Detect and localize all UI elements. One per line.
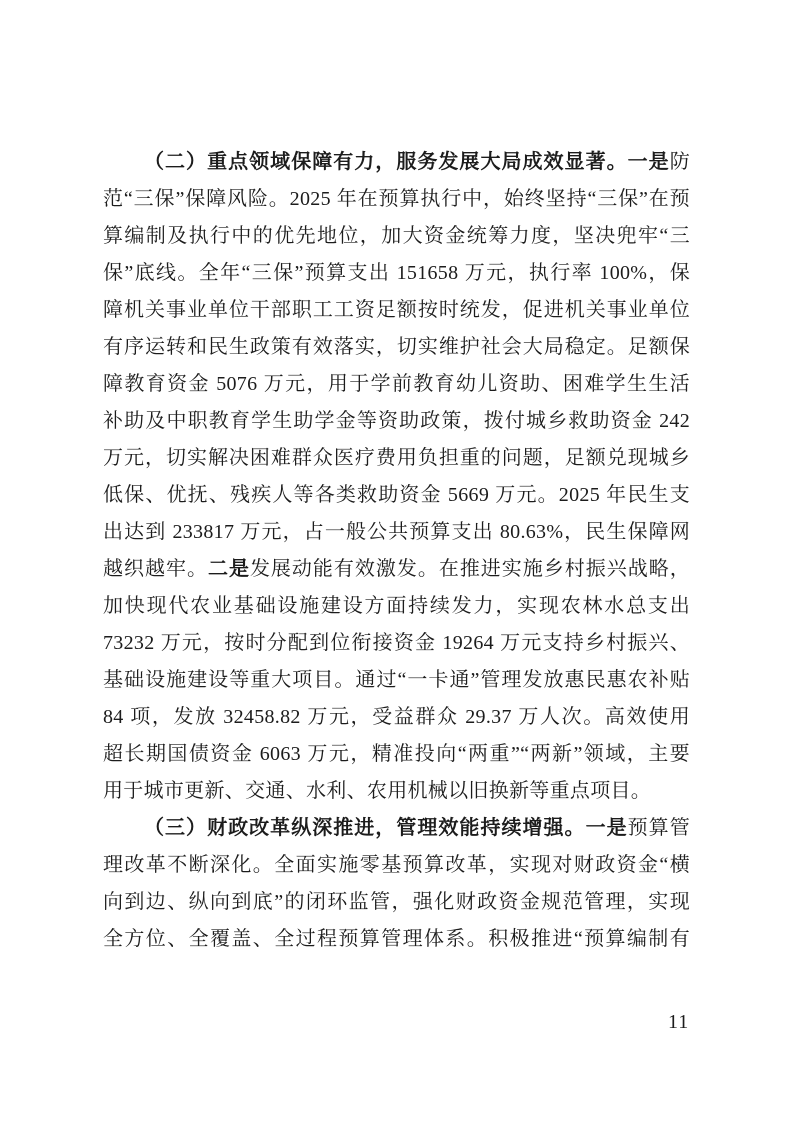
text-run: 基础设施建设等重大项目。通过“一卡通”管理发放惠民惠农补贴 [103,669,690,691]
bold-run: （三）财政改革纵深推进，管理效能持续增强。一是 [144,817,628,839]
text-run: 保”底线。全年“三保”预算支出 151658 万元，执行率 100%，保 [103,262,690,284]
text-line: 障教育资金 5076 万元，用于学前教育幼儿资助、困难学生生活 [103,366,690,403]
text-line: 向到边、纵向到底”的闭环监管，强化财政资金规范管理，实现 [103,884,690,921]
text-line: 加快现代农业基础设施建设方面持续发力，实现农林水总支出 [103,588,690,625]
text-run: 障机关事业单位干部职工工资足额按时统发，促进机关事业单位 [103,299,690,321]
text-line: （二）重点领域保障有力，服务发展大局成效显著。一是防 [103,144,690,181]
text-line: 基础设施建设等重大项目。通过“一卡通”管理发放惠民惠农补贴 [103,662,690,699]
text-line: 全方位、全覆盖、全过程预算管理体系。积极推进“预算编制有 [103,921,690,958]
document-page: （二）重点领域保障有力，服务发展大局成效显著。一是防 范“三保”保障风险。202… [0,0,793,1122]
text-run: 低保、优抚、残疾人等各类救助资金 5669 万元。2025 年民生支 [103,484,690,506]
text-line: 73232 万元，按时分配到位衔接资金 19264 万元支持乡村振兴、 [103,625,690,662]
text-line: 84 项，发放 32458.82 万元，受益群众 29.37 万人次。高效使用 [103,699,690,736]
text-line: 用于城市更新、交通、水利、农用机械以旧换新等重点项目。 [103,773,690,810]
text-line: 低保、优抚、残疾人等各类救助资金 5669 万元。2025 年民生支 [103,477,690,514]
text-run: 有序运转和民生政策有效落实，切实维护社会大局稳定。足额保 [103,336,690,358]
text-run: 障教育资金 5076 万元，用于学前教育幼儿资助、困难学生生活 [103,373,690,395]
text-run: 理改革不断深化。全面实施零基预算改革，实现对财政资金“横 [103,854,690,876]
text-line: （三）财政改革纵深推进，管理效能持续增强。一是预算管 [103,810,690,847]
text-run: 84 项，发放 32458.82 万元，受益群众 29.37 万人次。高效使用 [103,706,690,728]
text-run: 加快现代农业基础设施建设方面持续发力，实现农林水总支出 [103,595,690,617]
text-line: 算编制及执行中的优先地位，加大资金统筹力度，坚决兜牢“三 [103,218,690,255]
text-line: 超长期国债资金 6063 万元，精准投向“两重”“两新”领域，主要 [103,736,690,773]
text-line: 范“三保”保障风险。2025 年在预算执行中，始终坚持“三保”在预 [103,181,690,218]
text-line: 万元，切实解决困难群众医疗费用负担重的问题，足额兑现城乡 [103,440,690,477]
text-run: 防 [670,151,690,173]
text-run: 范“三保”保障风险。2025 年在预算执行中，始终坚持“三保”在预 [103,188,690,210]
text-run: 73232 万元，按时分配到位衔接资金 19264 万元支持乡村振兴、 [103,632,690,654]
text-run: 全方位、全覆盖、全过程预算管理体系。积极推进“预算编制有 [103,928,690,950]
bold-run: 二是 [208,558,250,580]
text-line: 越织越牢。二是发展动能有效激发。在推进实施乡村振兴战略， [103,551,690,588]
text-run: 出达到 233817 万元，占一般公共预算支出 80.63%，民生保障网 [103,521,690,543]
text-line: 补助及中职教育学生助学金等资助政策，拨付城乡救助资金 242 [103,403,690,440]
text-line: 有序运转和民生政策有效落实，切实维护社会大局稳定。足额保 [103,329,690,366]
text-run: 万元，切实解决困难群众医疗费用负担重的问题，足额兑现城乡 [103,447,690,469]
body-text: （二）重点领域保障有力，服务发展大局成效显著。一是防 范“三保”保障风险。202… [103,144,690,958]
text-run: 用于城市更新、交通、水利、农用机械以旧换新等重点项目。 [103,780,651,802]
text-run: 算编制及执行中的优先地位，加大资金统筹力度，坚决兜牢“三 [103,225,690,247]
text-line: 出达到 233817 万元，占一般公共预算支出 80.63%，民生保障网 [103,514,690,551]
text-run: 越织越牢。 [103,558,208,580]
text-run: 补助及中职教育学生助学金等资助政策，拨付城乡救助资金 242 [103,410,690,432]
text-run: 超长期国债资金 6063 万元，精准投向“两重”“两新”领域，主要 [103,743,690,765]
text-run: 向到边、纵向到底”的闭环监管，强化财政资金规范管理，实现 [103,891,690,913]
text-run: 预算管 [628,817,690,839]
text-run: 发展动能有效激发。在推进实施乡村振兴战略， [250,558,690,580]
page-number: 11 [668,1008,708,1036]
text-line: 保”底线。全年“三保”预算支出 151658 万元，执行率 100%，保 [103,255,690,292]
bold-run: （二）重点领域保障有力，服务发展大局成效显著。一是 [144,151,670,173]
text-line: 理改革不断深化。全面实施零基预算改革，实现对财政资金“横 [103,847,690,884]
text-line: 障机关事业单位干部职工工资足额按时统发，促进机关事业单位 [103,292,690,329]
